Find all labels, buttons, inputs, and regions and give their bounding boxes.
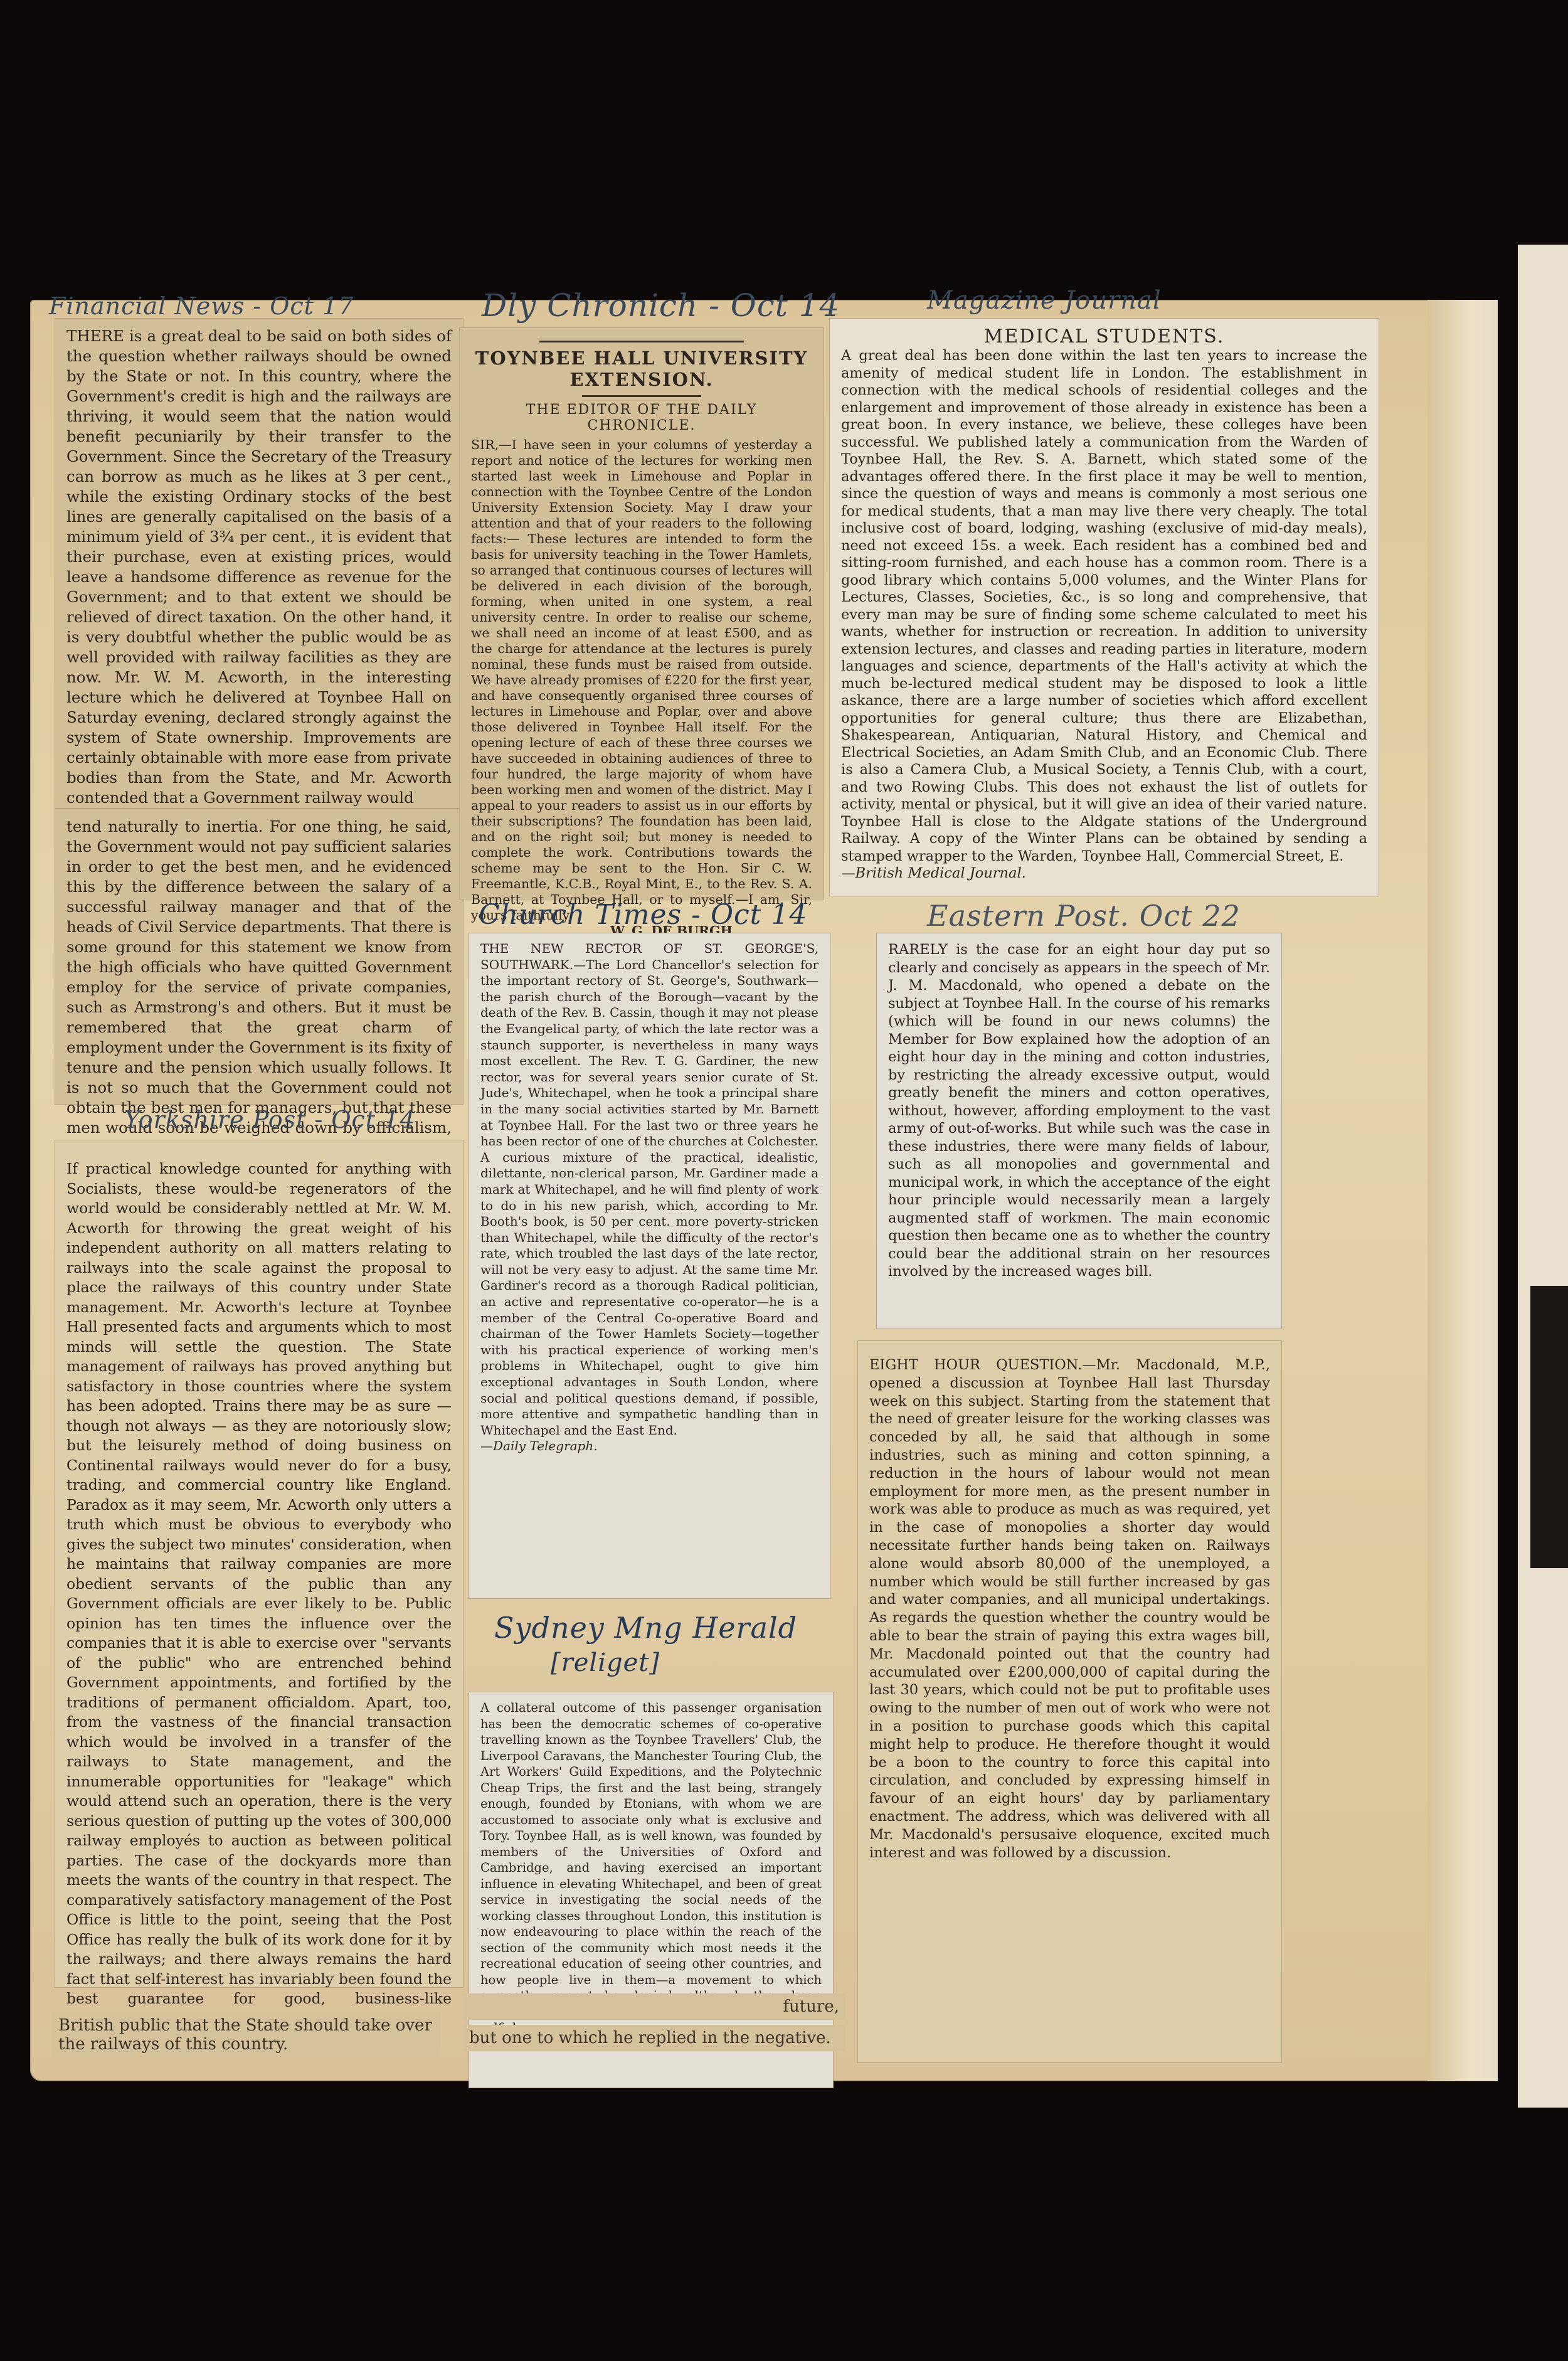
- annotation-magazine-journal: Magazine Journal: [927, 286, 1162, 315]
- torn-fragment-left: British public that the State should tak…: [52, 2012, 441, 2057]
- page-margin: [1428, 300, 1498, 2081]
- clipping-eight-hour-day: RARELY is the case for an eight hour day…: [877, 933, 1281, 1329]
- annotation-daily-chronicle: Dly Chronich - Oct 14: [482, 287, 840, 324]
- annotation-sydney-herald: Sydney Mng Herald: [494, 1611, 797, 1645]
- adjacent-page-print: [1530, 1286, 1568, 1568]
- fragment-text: British public that the State should tak…: [58, 2016, 435, 2054]
- divider: [539, 341, 744, 342]
- clipping-text: A collateral outcome of this passenger o…: [480, 1700, 822, 2036]
- clipping-railways: THERE is a great deal to be said on both…: [55, 319, 463, 808]
- clipping-toynbee-extension: TOYNBEE HALL UNIVERSITY EXTENSION. THE E…: [460, 328, 824, 899]
- clipping-text: SIR,—I have seen in your columns of yest…: [471, 437, 812, 923]
- annotation-yorkshire-post: Yorkshire Post - Oct 14: [124, 1106, 416, 1133]
- annotation-church-times: Church Times - Oct 14: [479, 899, 807, 931]
- clipping-new-rector: THE NEW RECTOR OF ST. GEORGE'S, SOUTHWAR…: [469, 933, 830, 1598]
- clipping-source: —Daily Telegraph.: [480, 1438, 818, 1455]
- fragment-text: but one to which he replied in the negat…: [469, 2029, 839, 2047]
- annotation-financial-news: Financial News - Oct 17: [49, 292, 354, 320]
- clipping-yorkshire-post: If practical knowledge counted for anyth…: [55, 1140, 463, 1987]
- annotation-sydney-herald-note: [religet]: [551, 1648, 660, 1677]
- clipping-headline: TOYNBEE HALL UNIVERSITY: [471, 348, 812, 369]
- clipping-text: THERE is a great deal to be said on both…: [66, 326, 452, 808]
- clipping-railways-continued: tend naturally to inertia. For one thing…: [55, 809, 463, 1104]
- torn-fragment-right: but one to which he replied in the negat…: [463, 2025, 845, 2051]
- divider: [582, 395, 701, 397]
- clipping-text: If practical knowledge counted for anyth…: [66, 1159, 452, 2029]
- clipping-source: —British Medical Journal.: [841, 865, 1367, 883]
- scrapbook-page: Financial News - Oct 17 Dly Chronich - O…: [30, 300, 1498, 2081]
- clipping-text: THE NEW RECTOR OF ST. GEORGE'S, SOUTHWAR…: [480, 941, 818, 1438]
- clipping-headline: EXTENSION.: [471, 369, 812, 390]
- fragment-text: future,: [469, 1997, 839, 2016]
- clipping-text: EIGHT HOUR QUESTION.—Mr. Macdonald, M.P.…: [869, 1356, 1270, 1862]
- clipping-addressee: THE EDITOR OF THE DAILY CHRONICLE.: [471, 402, 812, 433]
- clipping-medical-students: MEDICAL STUDENTS. A great deal has been …: [830, 319, 1379, 896]
- clipping-eight-hour-question: EIGHT HOUR QUESTION.—Mr. Macdonald, M.P.…: [858, 1341, 1281, 2062]
- clipping-text: RARELY is the case for an eight hour day…: [888, 941, 1270, 1281]
- clipping-headline: MEDICAL STUDENTS.: [841, 326, 1367, 348]
- annotation-eastern-post: Eastern Post. Oct 22: [927, 899, 1241, 933]
- torn-fragment-right-top: future,: [463, 1993, 845, 2020]
- clipping-text: A great deal has been done within the la…: [841, 348, 1367, 865]
- adjacent-page-edge: [1518, 245, 1568, 2108]
